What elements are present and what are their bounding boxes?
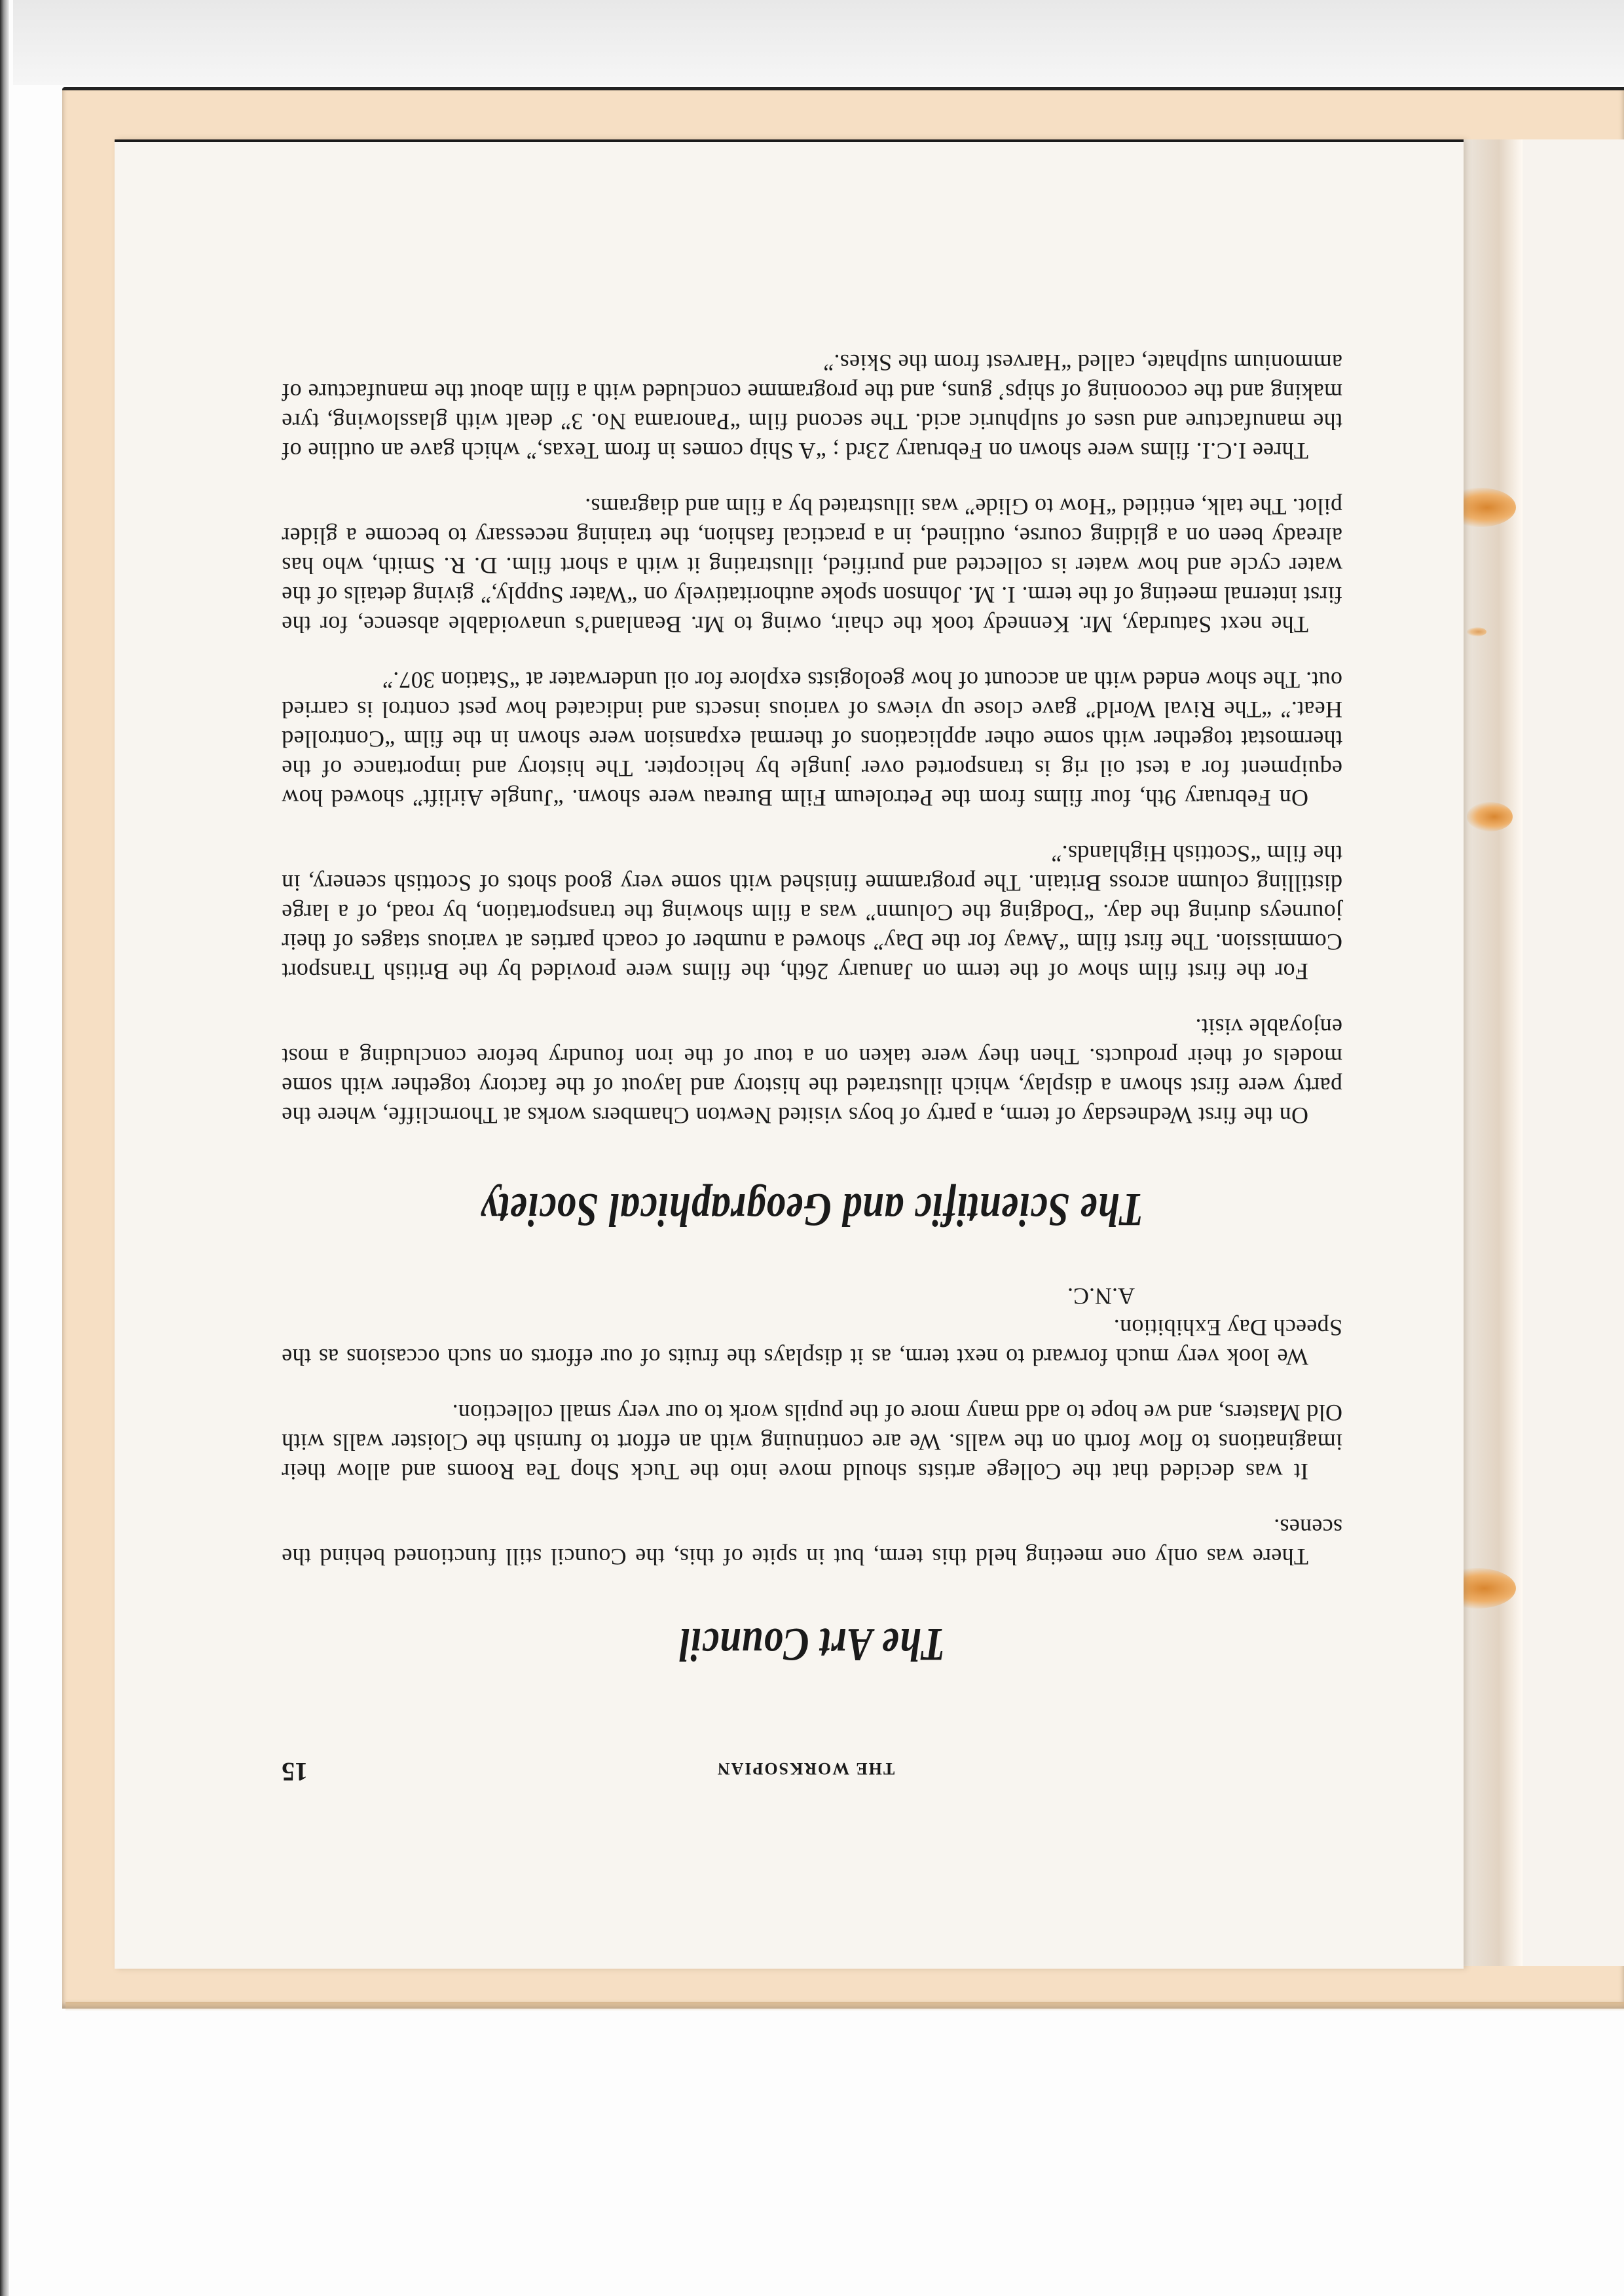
rust-stain [1467,802,1513,831]
running-head: THE WORKSOPIAN 15 [282,1757,1342,1787]
section-scientific-geographical-society: The Scientific and Geographical Society … [282,348,1342,1237]
paragraph: We look very much forward to next term, … [282,1313,1342,1372]
cover-bottom-edge [65,2002,1624,2011]
section-title: The Art Council [377,1617,1247,1671]
binding-gutter [1464,139,1522,1966]
section-title: The Scientific and Geographical Society [377,1182,1247,1237]
page-number: 15 [282,1757,308,1787]
rust-stain [1467,627,1486,636]
paragraph: Three I.C.I. films were shown on Februar… [282,348,1342,465]
scanner-bed [13,0,1624,85]
paragraph: On February 9th, four films from the Pet… [282,665,1342,812]
paragraph: It was decided that the College artists … [282,1398,1342,1486]
section-art-council: The Art Council There was only one meeti… [282,1283,1342,1671]
author-initials: A.N.C. [1067,1283,1342,1310]
facing-page [1522,139,1624,1966]
publication-title: THE WORKSOPIAN [308,1758,1303,1778]
page-content-rotated: THE WORKSOPIAN 15 The Art Council There … [282,308,1342,1787]
paragraph: There was only one meeting held this ter… [282,1512,1342,1571]
paragraph: For the first film show of the term on J… [282,839,1342,986]
scanner-edge-shadow [0,0,9,2296]
paragraph: The next Saturday, Mr. Kennedy took the … [282,492,1342,639]
paragraph: On the first Wednesday of term, a party … [282,1012,1342,1130]
